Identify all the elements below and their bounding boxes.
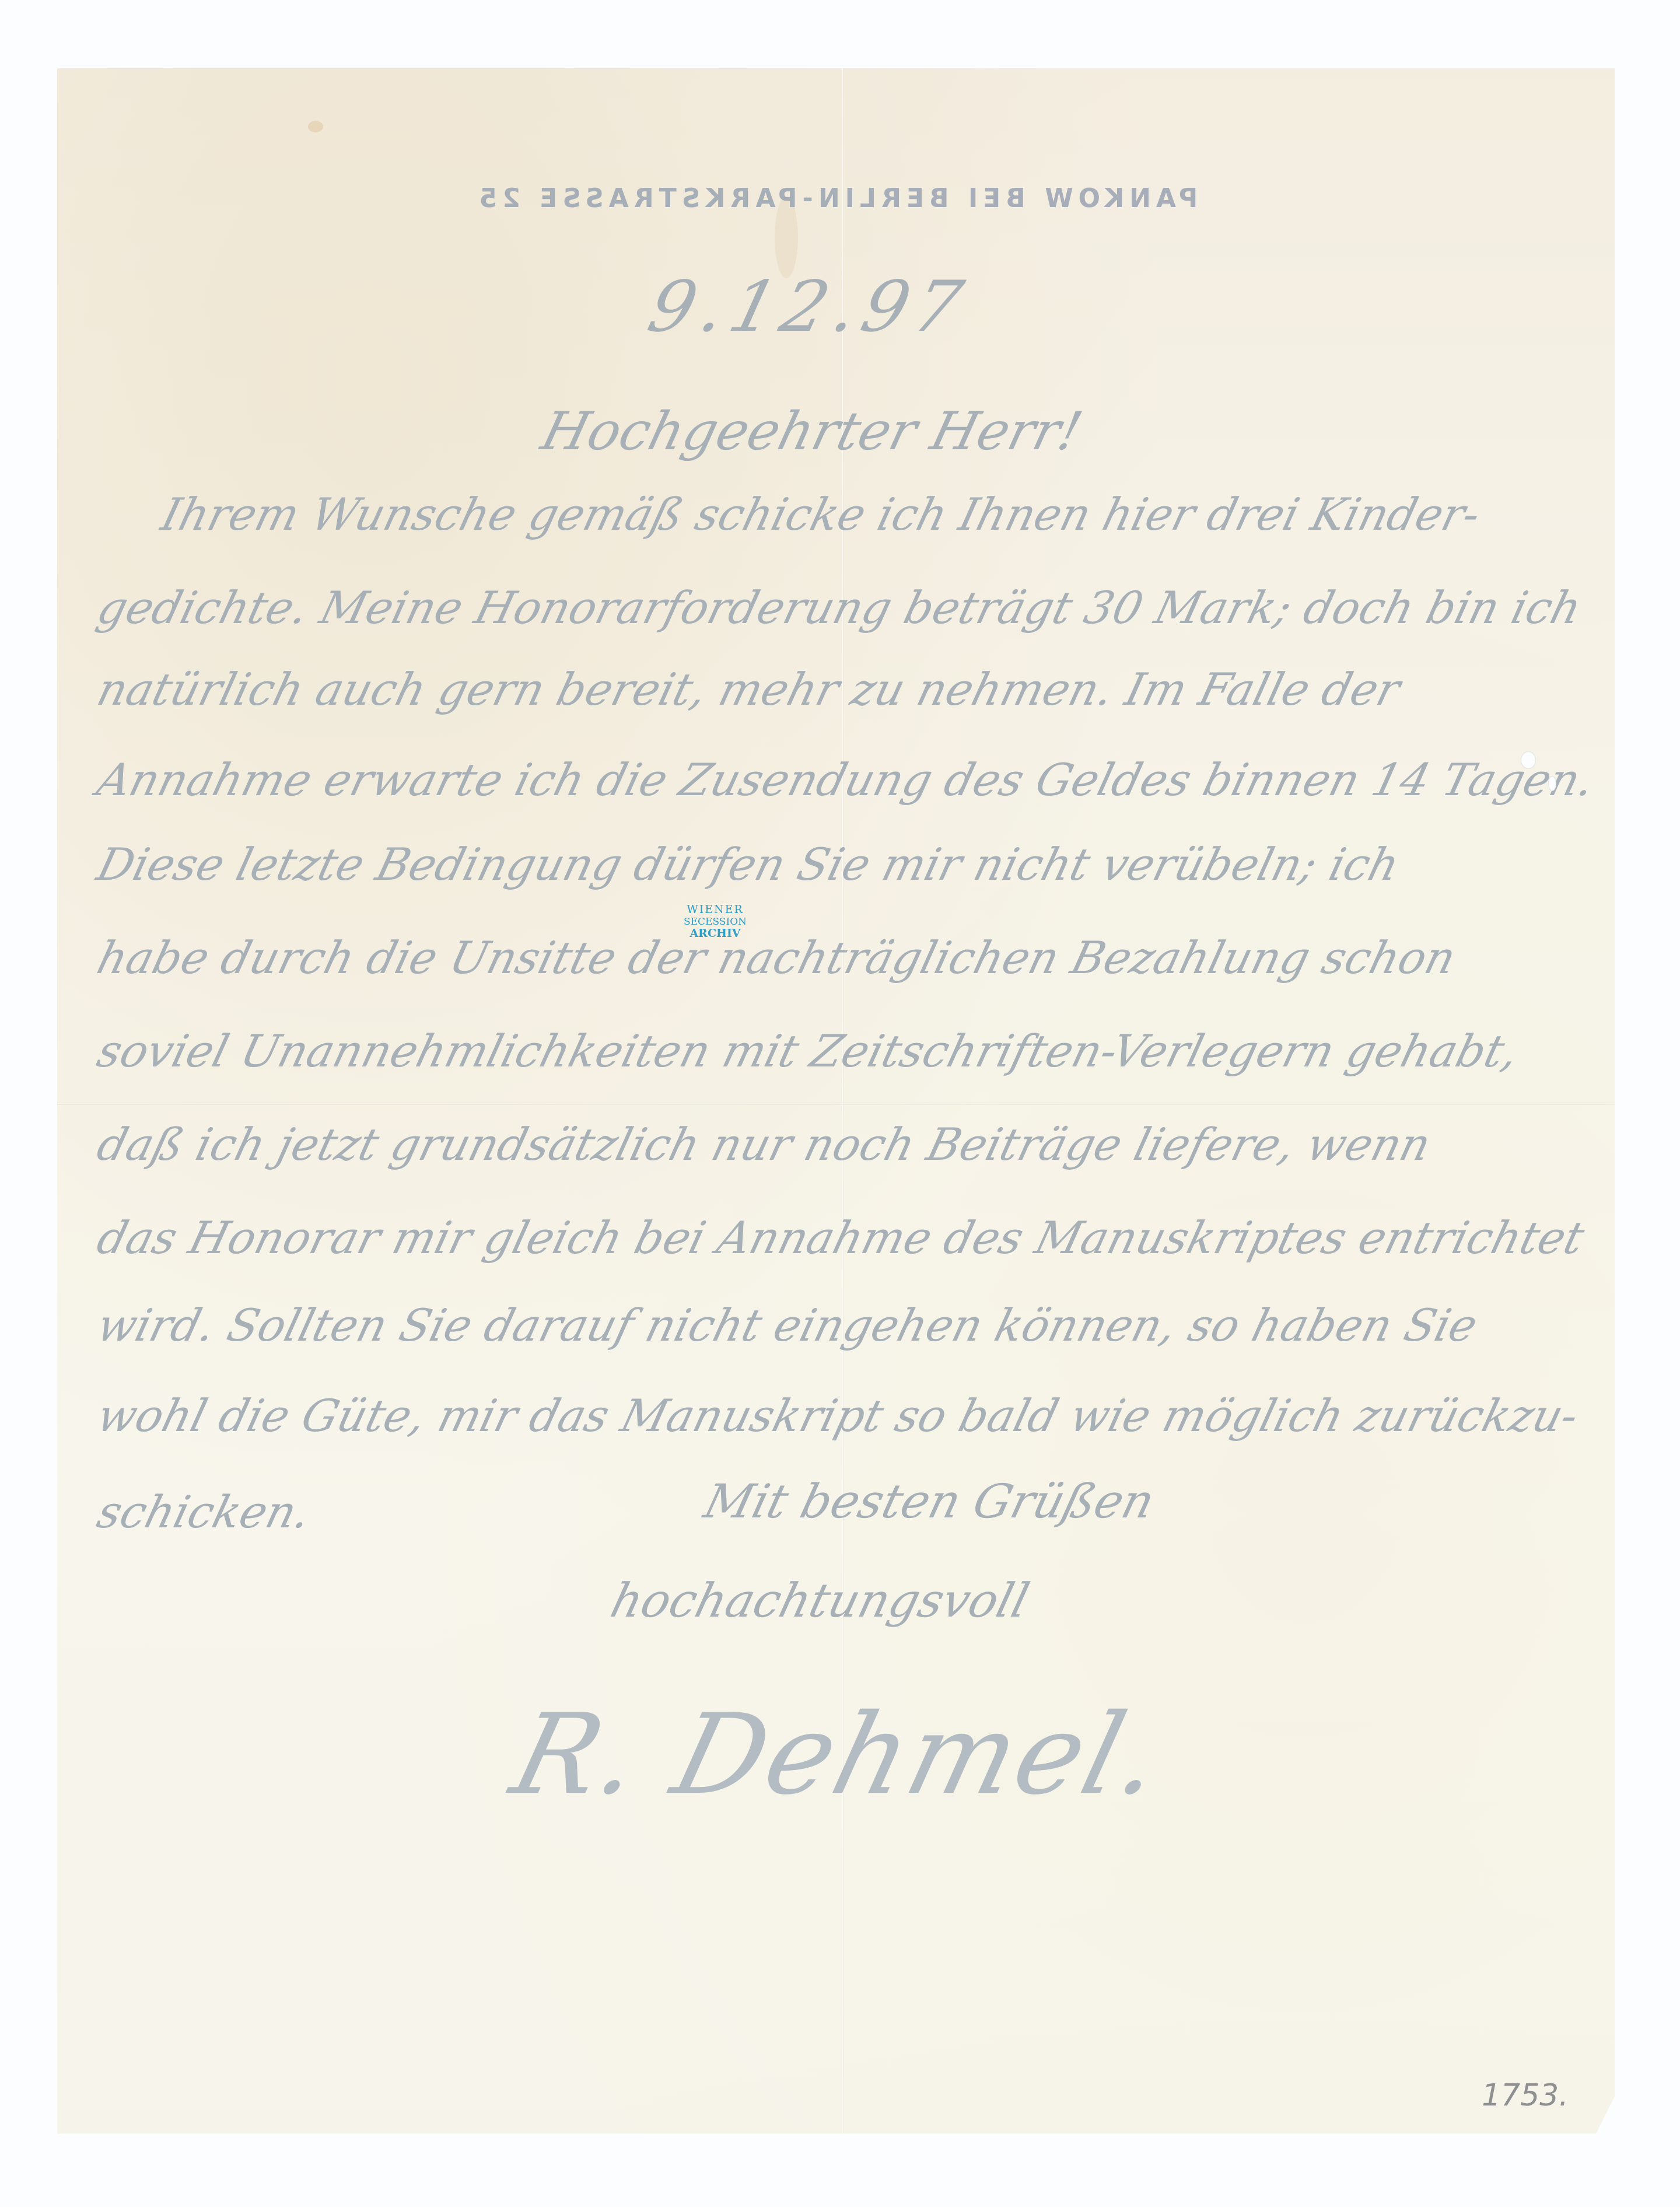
body-line: Ihrem Wunsche gemäß schicke ich Ihnen hi… [156, 488, 1486, 540]
archive-number: 1753. [1482, 2078, 1569, 2113]
body-line: gedichte. Meine Honorarforderung beträgt… [92, 582, 1587, 634]
body-line: daß ich jetzt grundsätzlich nur noch Bei… [92, 1118, 1436, 1170]
closing-valediction: hochachtungsvoll [605, 1573, 1034, 1628]
stamp-line: ARCHIV [683, 928, 747, 940]
stamp-line: SECESSION [683, 917, 747, 928]
stain [308, 121, 323, 132]
body-line: Diese letzte Bedingung dürfen Sie mir ni… [92, 838, 1405, 890]
body-line: natürlich auch gern bereit, mehr zu nehm… [92, 663, 1405, 715]
signature: R. Dehmel. [501, 1690, 1177, 1819]
archive-stamp: WIENER SECESSION ARCHIV [683, 904, 747, 940]
letter-sheet: PANKOW BEI BERLIN-PARKSTRASSE 25 9.12.97… [57, 68, 1615, 2133]
closing-greeting: Mit besten Grüßen [699, 1474, 1160, 1529]
stamp-line: WIENER [683, 904, 747, 917]
body-line: Annahme erwarte ich die Zusendung des Ge… [92, 754, 1599, 806]
horizontal-fold-line [57, 1103, 1615, 1105]
punch-hole [1548, 776, 1556, 791]
body-line: schicken. [92, 1486, 316, 1538]
body-line: wird. Sollten Sie darauf nicht eingehen … [92, 1299, 1483, 1351]
letterhead-address: PANKOW BEI BERLIN-PARKSTRASSE 25 [57, 184, 1615, 214]
vertical-fold-line [842, 68, 843, 2133]
body-line: wohl die Güte, mir das Manuskript so bal… [92, 1390, 1584, 1442]
body-line: das Honorar mir gleich bei Annahme des M… [92, 1212, 1590, 1264]
salutation: Hochgeehrter Herr! [535, 401, 1088, 462]
body-line: soviel Unannehmlichkeiten mit Zeitschrif… [92, 1025, 1524, 1077]
body-line: habe durch die Unsitte der nachträgliche… [92, 932, 1461, 984]
punch-hole [1521, 751, 1536, 769]
letter-date: 9.12.97 [640, 267, 977, 348]
